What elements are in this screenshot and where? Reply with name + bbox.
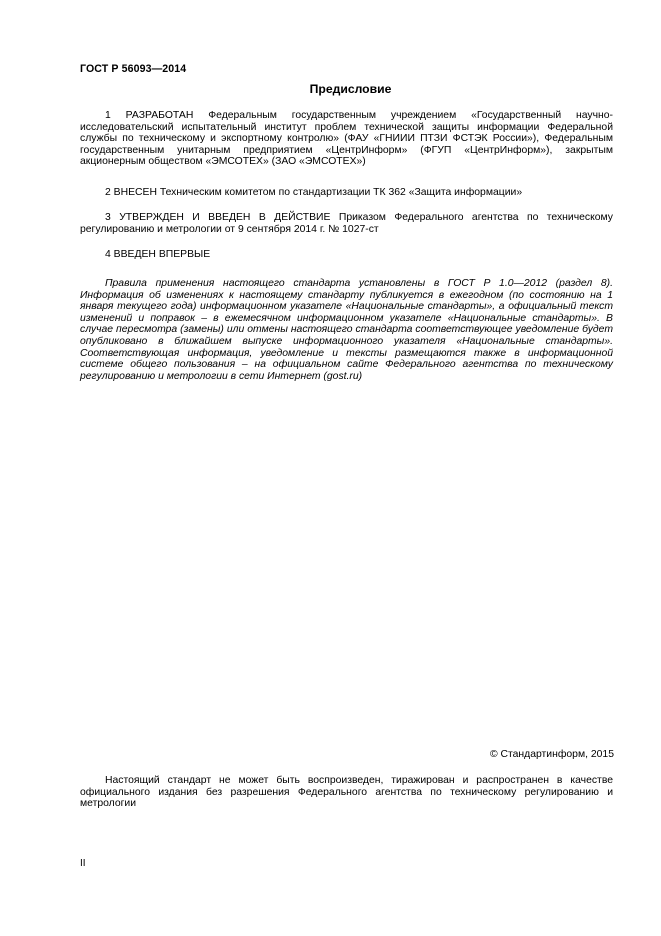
paragraph-text: 4 ВВЕДЕН ВПЕРВЫЕ — [105, 249, 210, 260]
paragraph-developed-by: 1 РАЗРАБОТАН Федеральным государственным… — [80, 110, 613, 168]
reproduction-notice: Настоящий стандарт не может быть воспрои… — [80, 775, 613, 810]
paragraph-text: Правила применения настоящего стандарта … — [80, 278, 613, 382]
page-number: II — [80, 858, 86, 869]
paragraph-submitted-by: 2 ВНЕСЕН Техническим комитетом по станда… — [80, 187, 613, 199]
paragraph-text: 3 УТВЕРЖДЕН И ВВЕДЕН В ДЕЙСТВИЕ Приказом… — [80, 212, 613, 235]
paragraph-introduced-first: 4 ВВЕДЕН ВПЕРВЫЕ — [80, 249, 613, 261]
copyright-notice: © Стандартинформ, 2015 — [490, 749, 614, 760]
paragraph-approved: 3 УТВЕРЖДЕН И ВВЕДЕН В ДЕЙСТВИЕ Приказом… — [80, 212, 613, 235]
paragraph-text: Настоящий стандарт не может быть воспрои… — [80, 775, 613, 809]
paragraph-text: 1 РАЗРАБОТАН Федеральным государственным… — [80, 110, 613, 167]
paragraph-text: 2 ВНЕСЕН Техническим комитетом по станда… — [105, 187, 522, 198]
section-title: Предисловие — [0, 82, 661, 96]
paragraph-application-rules: Правила применения настоящего стандарта … — [80, 278, 613, 382]
document-number-header: ГОСТ Р 56093—2014 — [80, 63, 186, 75]
